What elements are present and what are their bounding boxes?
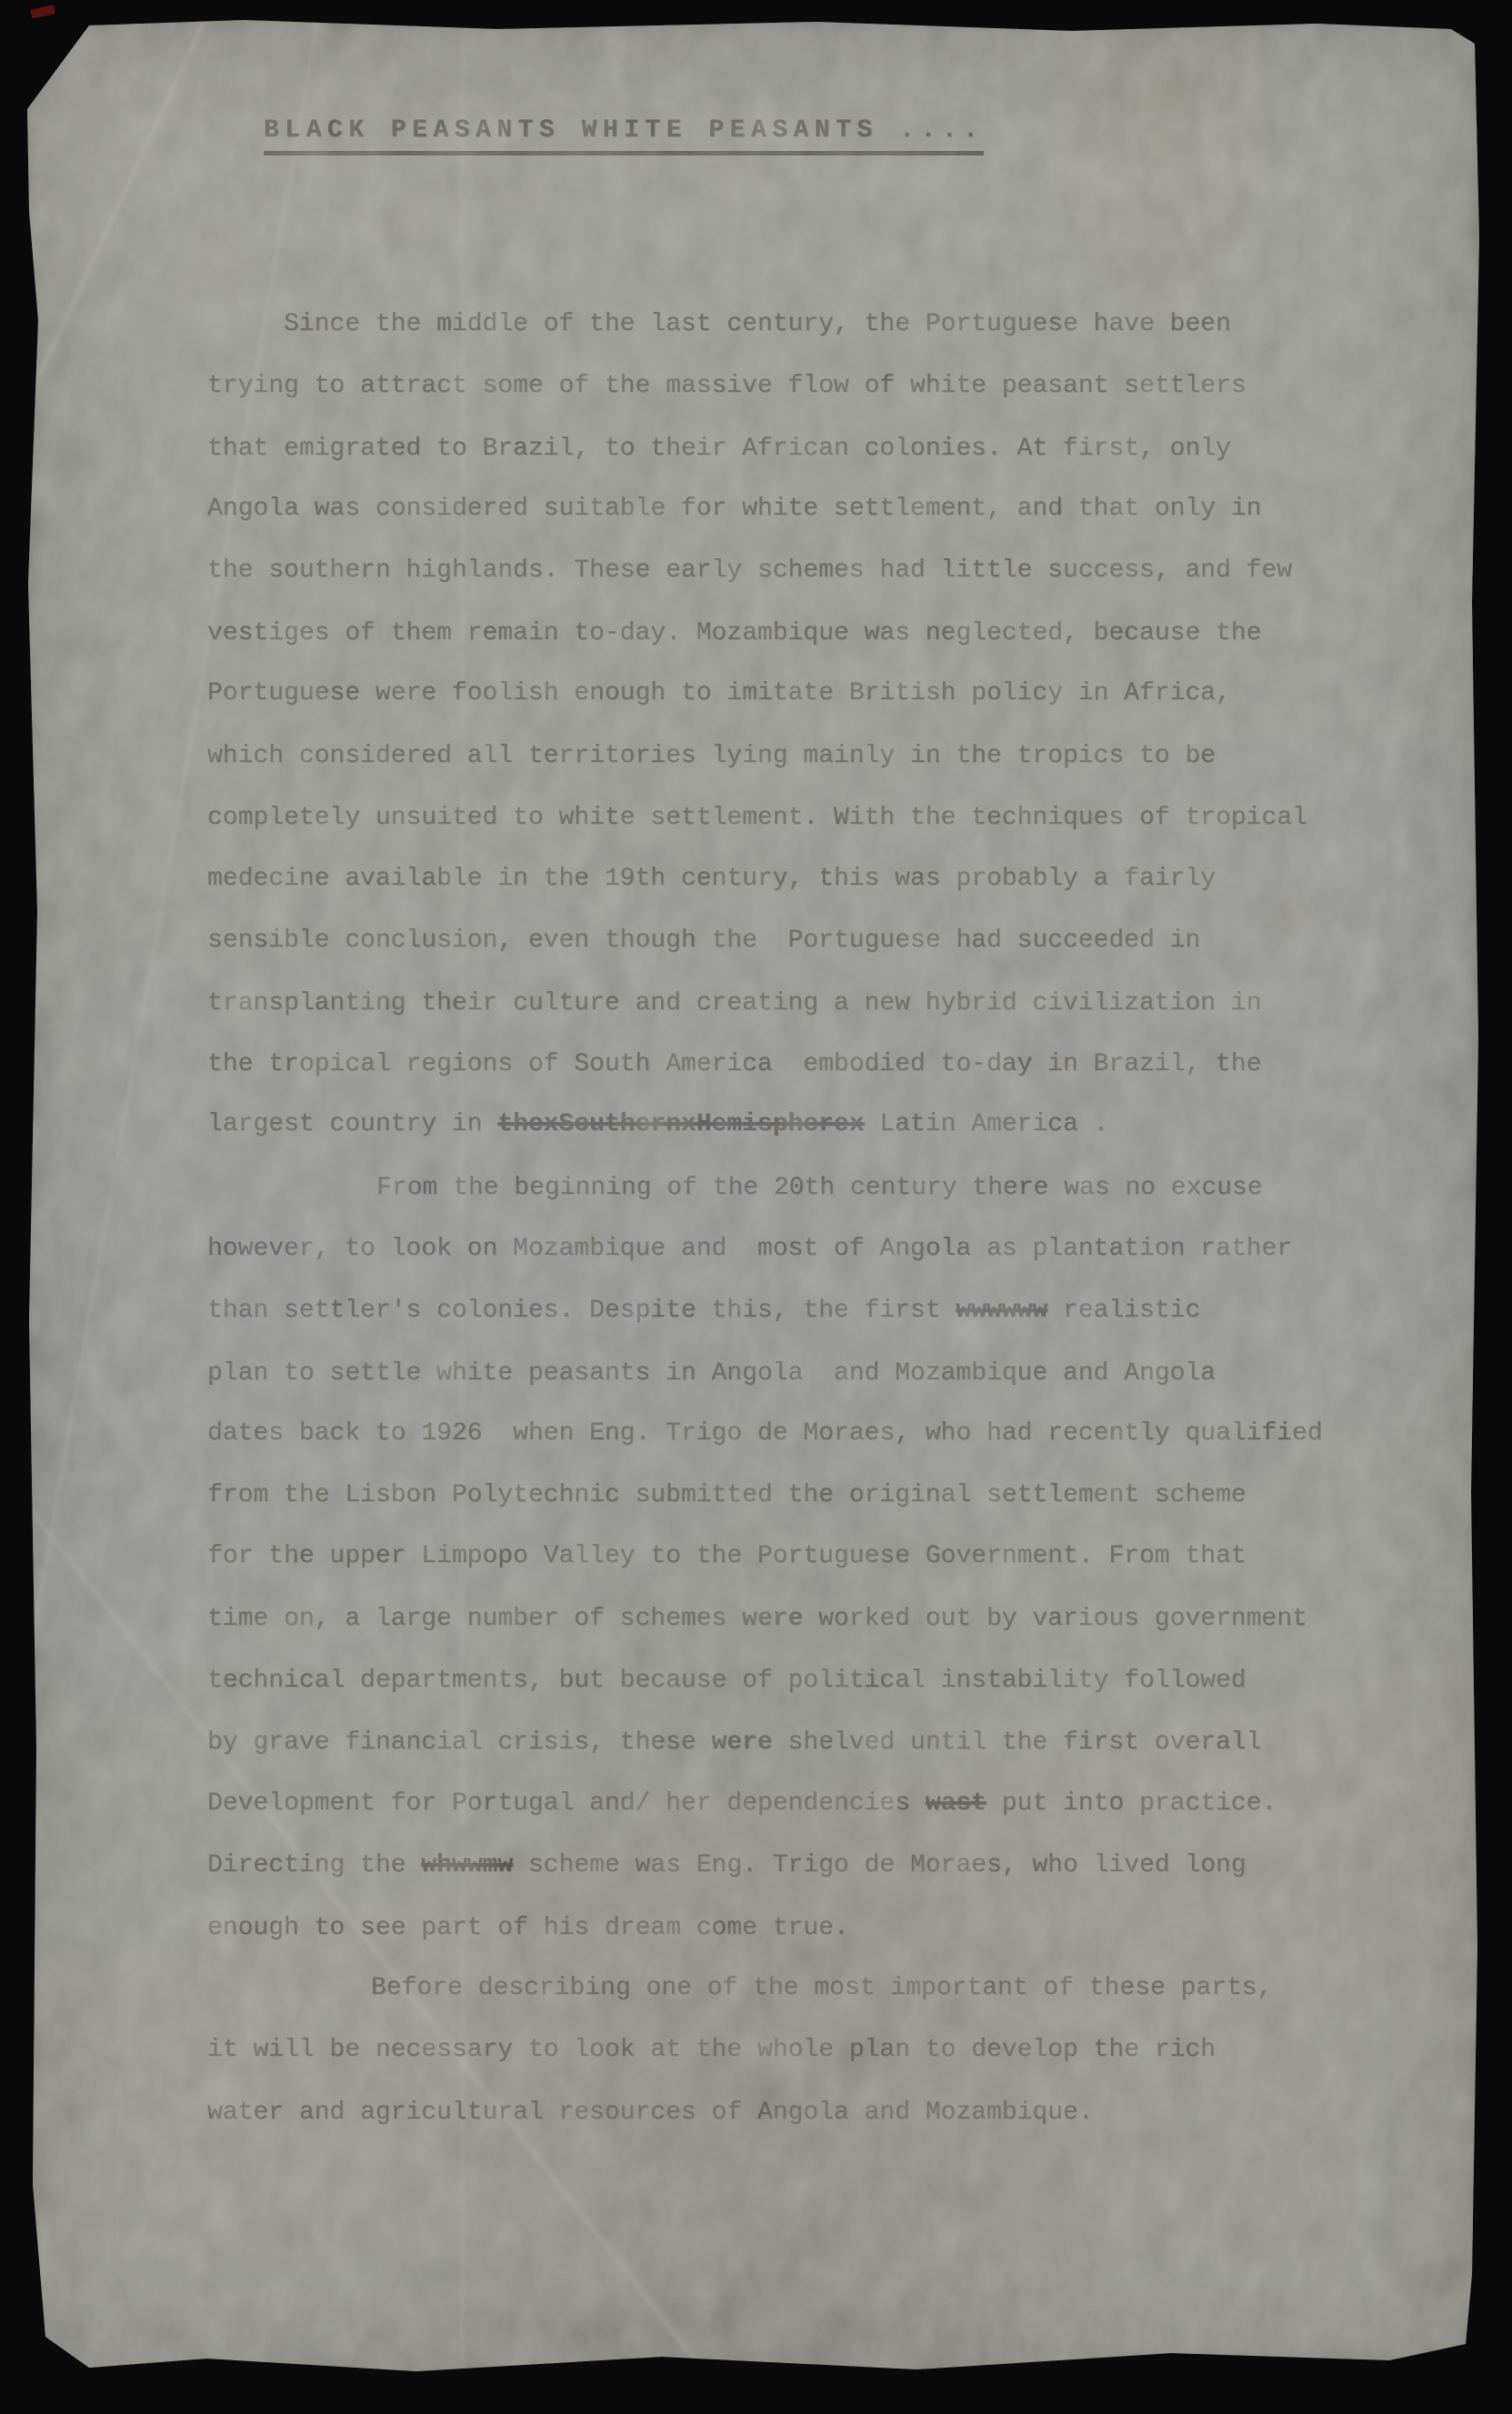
typed-text: Development for Portugal and/ her depend… <box>207 1789 926 1818</box>
typed-text: dates back to 1926 when Eng. Trigo de Mo… <box>207 1419 1323 1447</box>
typed-text: time on, a large number of schemes <box>207 1605 742 1633</box>
typed-line: Angola was considered suitable for white… <box>207 478 1323 540</box>
overstruck-text: were <box>712 1728 773 1757</box>
typed-text: than settler's colonies. Despite this, t… <box>207 1297 956 1325</box>
paper-sheet: BLACK PEASANTS WHITE PEASANTS .... Since… <box>25 20 1480 2382</box>
typed-text: trying to attract some of the massive fl… <box>207 372 1247 400</box>
typed-line: transplanting their culture and creating… <box>207 973 1323 1035</box>
typed-text: worked out by various government <box>803 1605 1307 1633</box>
document-title: BLACK PEASANTS WHITE PEASANTS .... <box>264 116 984 155</box>
typed-line: Before describing one of the most import… <box>207 1958 1323 2019</box>
struck-out-text: wast <box>926 1789 986 1818</box>
typed-line: Directing the whwwmw scheme was Eng. Tri… <box>207 1835 1323 1897</box>
typed-line: Since the middle of the last century, th… <box>207 294 1323 356</box>
struck-out-text: wwwwww <box>956 1297 1047 1325</box>
typed-text: plan to settle white peasants in Angola … <box>207 1359 1216 1387</box>
typed-line: vestiges of them remain to-day. Mozambiq… <box>207 603 1323 665</box>
typed-line: dates back to 1926 when Eng. Trigo de Mo… <box>207 1403 1323 1465</box>
typed-text: however, to look on Mozambique and most … <box>207 1235 1292 1263</box>
struck-out-text: whwwmw <box>421 1851 513 1879</box>
typed-line: by grave financial crisis, these were sh… <box>207 1712 1323 1774</box>
typed-text: the southern highlands. These early sche… <box>207 556 1292 585</box>
typed-text: Since the middle of the last century, th… <box>284 310 1231 338</box>
typed-text: the tropical regions of South America em… <box>207 1050 1261 1078</box>
typed-text: Directing the <box>207 1851 421 1879</box>
typed-text: scheme was Eng. Trigo de Moraes, who liv… <box>513 1851 1247 1879</box>
typed-text: it will be necessary to look at the whol… <box>207 2036 1216 2064</box>
typed-text: from the Lisbon Polytechnic submitted th… <box>207 1481 1247 1509</box>
typed-text: transplanting their culture and creating… <box>207 989 1261 1017</box>
typed-text: completely unsuited to white settlement.… <box>207 804 1307 832</box>
typed-line: technical departments, but because of po… <box>207 1650 1323 1712</box>
typed-line: Portuguese were foolish enough to imitat… <box>207 663 1323 725</box>
typed-line: From the beginning of the 20th century t… <box>207 1157 1323 1219</box>
typed-text: for the upper Limpopo Valley to the Port… <box>207 1542 1247 1570</box>
document-body: Since the middle of the last century, th… <box>207 294 1323 2143</box>
typed-text: that emigrated to Brazil, to their Afric… <box>207 435 1231 463</box>
typed-text: sensible conclusion, even though the Por… <box>207 927 1200 955</box>
typed-line: the tropical regions of South America em… <box>207 1034 1323 1096</box>
scan-background: { "colors": { "mount_background": "#0a0a… <box>0 0 1512 2414</box>
typed-line: sensible conclusion, even though the Por… <box>207 910 1323 972</box>
overstruck-text: were <box>742 1605 803 1633</box>
typed-text: put into practice. <box>986 1789 1277 1818</box>
typed-line: largest country in thexSouthernxHemisphe… <box>207 1094 1323 1156</box>
typed-text: Latin America . <box>865 1110 1109 1138</box>
typed-text: which considered all territories lying m… <box>207 742 1216 770</box>
typed-line: it will be necessary to look at the whol… <box>207 2019 1323 2081</box>
typed-line: however, to look on Mozambique and most … <box>207 1218 1323 1280</box>
typed-line: for the upper Limpopo Valley to the Port… <box>207 1526 1323 1588</box>
typed-line: that emigrated to Brazil, to their Afric… <box>207 418 1323 480</box>
typed-text: shelved until the first overall <box>773 1728 1262 1757</box>
struck-out-text: thexSouthernxHemispherex <box>497 1110 864 1138</box>
typed-text: technical departments, but because of po… <box>207 1667 1247 1695</box>
typed-text: realistic <box>1047 1297 1200 1325</box>
typed-line: time on, a large number of schemes were … <box>207 1588 1323 1650</box>
typed-text: water and agricultural resources of Ango… <box>207 2098 1094 2127</box>
typed-text: From the beginning of the 20th century t… <box>376 1174 1263 1202</box>
typed-text: enough to see part of his dream come tru… <box>207 1914 849 1942</box>
typed-line: the southern highlands. These early sche… <box>207 540 1323 602</box>
red-archive-mark <box>30 5 55 18</box>
typed-line: which considered all territories lying m… <box>207 726 1323 787</box>
typed-line: water and agricultural resources of Ango… <box>207 2082 1323 2144</box>
typed-text: by grave financial crisis, these <box>207 1728 712 1757</box>
typed-line: plan to settle white peasants in Angola … <box>207 1343 1323 1405</box>
typed-text: Portuguese were foolish enough to imitat… <box>207 679 1231 707</box>
typed-text: largest country in <box>207 1110 497 1138</box>
typed-line: completely unsuited to white settlement.… <box>207 787 1323 849</box>
typed-line: medecine available in the 19th century, … <box>207 848 1323 910</box>
typed-text: Before describing one of the most import… <box>371 1974 1272 2002</box>
typed-line: than settler's colonies. Despite this, t… <box>207 1280 1323 1342</box>
typed-line: Development for Portugal and/ her depend… <box>207 1773 1323 1835</box>
typed-text: Angola was considered suitable for white… <box>207 495 1261 523</box>
typed-line: from the Lisbon Polytechnic submitted th… <box>207 1465 1323 1527</box>
typed-line: enough to see part of his dream come tru… <box>207 1898 1323 1959</box>
typed-line: trying to attract some of the massive fl… <box>207 356 1323 417</box>
typed-text: vestiges of them remain to-day. Mozambiq… <box>207 619 1261 647</box>
typed-text: medecine available in the 19th century, … <box>207 865 1216 893</box>
